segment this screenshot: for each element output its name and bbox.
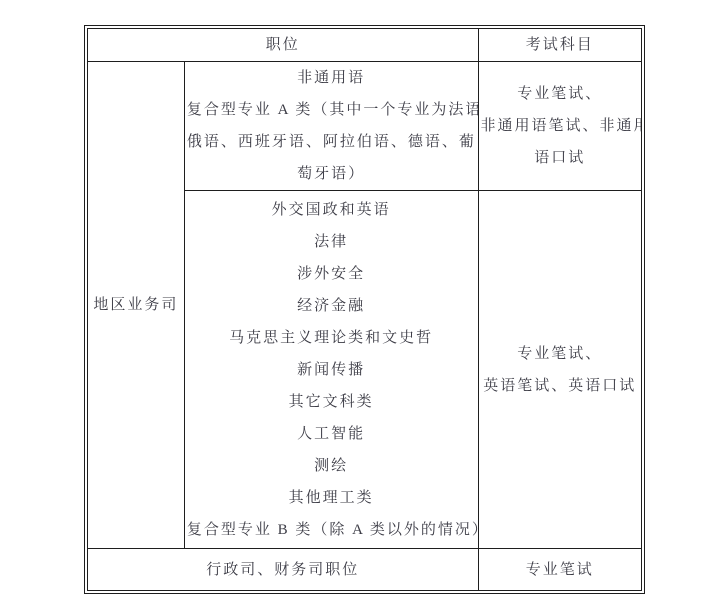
cell-department-regional-affairs: 地区业务司 [88, 62, 185, 549]
cell-subjects-written-only: 专业笔试 [478, 549, 641, 591]
text-line: 萄牙语） [187, 158, 476, 190]
text-line: 其它文科类 [187, 386, 476, 418]
text-line: 非通用语笔试、非通用 [481, 110, 639, 142]
column-header-position: 职位 [88, 29, 479, 62]
text-line: 人工智能 [187, 418, 476, 450]
table-footer-row: 行政司、财务司职位 专业笔试 [88, 549, 642, 591]
column-header-subjects: 考试科目 [478, 29, 641, 62]
cell-subjects-composite-a: 专业笔试、非通用语笔试、非通用语口试 [478, 62, 641, 191]
text-line: 俄语、西班牙语、阿拉伯语、德语、葡 [187, 126, 476, 158]
text-line: 复合型专业 B 类（除 A 类以外的情况） [187, 514, 476, 546]
text-line: 复合型专业 A 类（其中一个专业为法语、 [187, 94, 476, 126]
cell-position-admin-finance: 行政司、财务司职位 [88, 549, 479, 591]
text-line: 法律 [187, 226, 476, 258]
text-line: 新闻传播 [187, 354, 476, 386]
text-line: 专业笔试、 [481, 78, 639, 110]
table-header-row: 职位 考试科目 [88, 29, 642, 62]
text-line: 非通用语 [187, 62, 476, 94]
text-line: 语口试 [481, 142, 639, 174]
cell-subjects-english: 专业笔试、英语笔试、英语口试 [478, 191, 641, 549]
cell-position-composite-a: 非通用语复合型专业 A 类（其中一个专业为法语、俄语、西班牙语、阿拉伯语、德语、… [184, 62, 478, 191]
text-line: 测绘 [187, 450, 476, 482]
text-line: 其他理工类 [187, 482, 476, 514]
table-row-nonuniversal-language: 地区业务司 非通用语复合型专业 A 类（其中一个专业为法语、俄语、西班牙语、阿拉… [88, 62, 642, 191]
text-line: 外交国政和英语 [187, 194, 476, 226]
text-line: 马克思主义理论类和文史哲 [187, 322, 476, 354]
cell-position-major-list: 外交国政和英语法律涉外安全经济金融马克思主义理论类和文史哲新闻传播其它文科类人工… [184, 191, 478, 549]
exam-subjects-table: 职位 考试科目 地区业务司 非通用语复合型专业 A 类（其中一个专业为法语、俄语… [87, 28, 642, 591]
table-outer-frame: 职位 考试科目 地区业务司 非通用语复合型专业 A 类（其中一个专业为法语、俄语… [84, 25, 645, 594]
text-line: 英语笔试、英语口试 [481, 370, 639, 402]
text-line: 涉外安全 [187, 258, 476, 290]
text-line: 专业笔试、 [481, 338, 639, 370]
text-line: 经济金融 [187, 290, 476, 322]
document-page: 职位 考试科目 地区业务司 非通用语复合型专业 A 类（其中一个专业为法语、俄语… [0, 0, 718, 615]
